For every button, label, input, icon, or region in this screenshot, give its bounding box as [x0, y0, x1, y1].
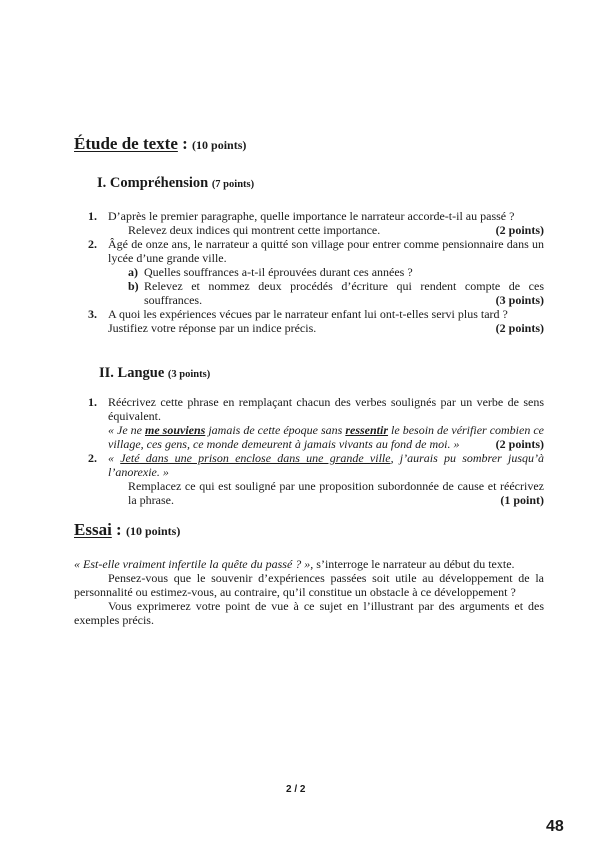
comprehension-title: I. Compréhension	[97, 175, 208, 191]
sub-question-b: b) Relevez et nommez deux procédés d’écr…	[88, 279, 544, 307]
underlined-verb-2: ressentir	[345, 423, 388, 437]
question-number: 2.	[88, 237, 97, 251]
langue-heading: II. Langue (3 points)	[99, 365, 210, 382]
question-points: (2 points)	[496, 223, 544, 237]
comprehension-question-2: 2. Âgé de onze ans, le narrateur a quitt…	[88, 237, 544, 307]
underlined-verb-1: me souviens	[145, 423, 205, 437]
question-subtext: Relevez deux indices qui montrent cette …	[128, 223, 380, 237]
question-text: Réécrivez cette phrase en remplaçant cha…	[88, 395, 544, 423]
essai-body: « Est-elle vraiment infertile la quête d…	[74, 557, 544, 627]
langue-question-1: 1. Réécrivez cette phrase en remplaçant …	[88, 395, 544, 451]
question-number: 1.	[88, 395, 97, 409]
etude-sep: :	[178, 134, 192, 153]
etude-heading: Étude de texte : (10 points)	[74, 134, 246, 154]
quote-text: jamais de cette époque sans	[205, 423, 345, 437]
quote: « Je ne me souviens jamais de cette époq…	[88, 423, 544, 451]
sub-question-a: a) Quelles souffrances a-t-il éprouvées …	[88, 265, 544, 279]
question-number: 1.	[88, 209, 97, 223]
langue-points: (3 points)	[168, 369, 210, 380]
question-number: 2.	[88, 451, 97, 465]
langue-title: II. Langue	[99, 365, 164, 381]
question-points: (2 points)	[496, 437, 544, 451]
essai-title: Essai	[74, 520, 112, 539]
page-number: 48	[546, 818, 564, 836]
sub-question-label: a)	[128, 265, 138, 279]
quote-text: «	[108, 451, 120, 465]
quote: « Jeté dans une prison enclose dans une …	[88, 451, 544, 479]
question-text: D’après le premier paragraphe, quelle im…	[88, 209, 544, 223]
question-text: Âgé de onze ans, le narrateur a quitté s…	[88, 237, 544, 265]
question-text: A quoi les expériences vécues par le nar…	[88, 307, 544, 321]
sub-question-text: Quelles souffrances a-t-il éprouvées dur…	[144, 265, 413, 279]
essai-points: (10 points)	[126, 524, 180, 538]
essai-heading: Essai : (10 points)	[74, 520, 180, 540]
quote-text: « Je ne	[108, 423, 145, 437]
langue-question-2: 2. « Jeté dans une prison enclose dans u…	[88, 451, 544, 507]
comprehension-question-3: 3. A quoi les expériences vécues par le …	[88, 307, 544, 335]
sub-question-label: b)	[128, 279, 139, 293]
essai-sep: :	[112, 520, 126, 539]
etude-points: (10 points)	[192, 138, 246, 152]
essai-prompt: « Est-elle vraiment infertile la quête d…	[74, 557, 544, 571]
question-points: (2 points)	[496, 321, 544, 335]
question-points: (3 points)	[496, 293, 544, 307]
instruction-text: Remplacez ce qui est souligné par une pr…	[128, 479, 544, 507]
essai-quote: « Est-elle vraiment infertile la quête d…	[74, 557, 310, 571]
comprehension-heading: I. Compréhension (7 points)	[97, 175, 254, 192]
essai-paragraph-2: Vous exprimerez votre point de vue à ce …	[74, 599, 544, 627]
comprehension-question-1: 1. D’après le premier paragraphe, quelle…	[88, 209, 544, 237]
comprehension-points: (7 points)	[212, 179, 254, 190]
essai-quote-after: , s’interroge le narrateur au début du t…	[310, 557, 514, 571]
etude-title: Étude de texte	[74, 134, 178, 153]
sub-question-text: Relevez et nommez deux procédés d’écritu…	[144, 279, 544, 307]
question-subtext: Justifiez votre réponse par un indice pr…	[108, 321, 316, 335]
page-of-indicator: 2 / 2	[286, 784, 305, 795]
question-points: (1 point)	[500, 493, 544, 507]
question-number: 3.	[88, 307, 97, 321]
underlined-phrase: Jeté dans une prison enclose dans une gr…	[120, 451, 390, 465]
essai-paragraph-1: Pensez-vous que le souvenir d’expérience…	[74, 571, 544, 599]
